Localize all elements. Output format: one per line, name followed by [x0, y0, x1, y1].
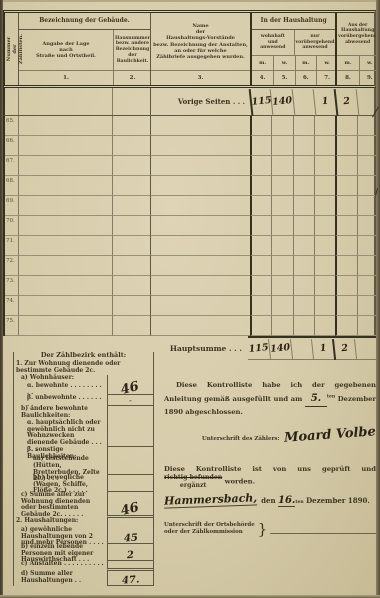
- date-rest: Dezember 1890.: [306, 496, 370, 505]
- table-cell: [271, 116, 292, 136]
- col-number-2: 2.: [113, 71, 151, 85]
- table-cell: [112, 176, 150, 196]
- table-cell: [18, 256, 112, 276]
- table-header: Laufende Nummer der Zähllisten. Bezeichn…: [3, 10, 376, 88]
- hauptsumme-value-9: [354, 337, 377, 360]
- page-edge-top: [0, 0, 380, 2]
- row-number: 70.: [5, 216, 18, 224]
- table-row: 71.: [3, 236, 376, 256]
- table-cell: [314, 216, 335, 236]
- table-row: 69.: [3, 196, 376, 216]
- table-cell: [18, 196, 112, 216]
- summary-value: 45: [123, 534, 138, 544]
- col-lage-header: Angabe der Lage nach Straße und Ortsthei…: [19, 30, 113, 71]
- hauptsumme-value-4: 115: [247, 337, 270, 360]
- table-row: 73.: [3, 276, 376, 296]
- table-cell: [250, 256, 271, 276]
- table-cell: [357, 256, 378, 276]
- table-cell: [18, 88, 112, 115]
- table-cell: [271, 256, 292, 276]
- table-cell: [335, 316, 356, 336]
- table-cell: [18, 156, 112, 176]
- group-gebaeude: Bezeichnung der Gebäude. Angabe der Lage…: [18, 13, 150, 85]
- hauptsumme-value-7: 1: [311, 337, 334, 360]
- summary-value: 47.: [122, 575, 140, 585]
- mw-header: w.: [273, 56, 294, 70]
- table-cell: [335, 196, 356, 216]
- table-cell: [150, 216, 250, 236]
- col-number-1: 1.: [19, 71, 113, 85]
- row-number: 73.: [5, 276, 18, 284]
- table-cell: [357, 216, 378, 236]
- sub-voruebergehend-header: nur vorübergehend anwesend: [294, 30, 336, 56]
- summary-value: [107, 420, 153, 447]
- district-summary: Der Zählbezirk enthält: 1. Zur Wohnung d…: [13, 352, 154, 586]
- brace-glyph: }: [258, 520, 268, 538]
- table-cell: [293, 316, 314, 336]
- table-cell: [112, 116, 150, 136]
- summary-value: 2: [127, 551, 135, 560]
- place-handwritten: Hammersbach,: [164, 491, 258, 508]
- table-cell: [335, 276, 356, 296]
- summary-label: 1. Zur Wohnung dienende oder bestimmte G…: [14, 361, 153, 375]
- summary-label: α. hauptsächlich oder gewöhnlich nicht z…: [14, 420, 107, 447]
- table-cell: [357, 156, 378, 176]
- col-hausnummer-header: Hausnummer bezw. andere Bezeichnung der …: [113, 30, 151, 71]
- table-row: 72.: [3, 256, 376, 276]
- table-cell: [335, 176, 356, 196]
- vorige-seiten-row: Vorige Seiten . . . 115 140 1 2: [3, 88, 376, 116]
- place-date-row: Hammersbach, den 16.ten Dezember 1890.: [164, 493, 376, 507]
- col-number-8: 8.: [337, 71, 358, 85]
- col-number-5: 5.: [273, 71, 294, 85]
- table-cell: [112, 196, 150, 216]
- col-number-4: 4.: [252, 71, 273, 85]
- mw-header: m.: [337, 56, 358, 70]
- table-cell: [18, 136, 112, 156]
- table-cell: [112, 216, 150, 236]
- table-row: 74.: [3, 296, 376, 316]
- table-cell: [314, 316, 335, 336]
- census-table: Laufende Nummer der Zähllisten. Bezeichn…: [3, 10, 376, 336]
- table-cell: [314, 176, 335, 196]
- summary-value: 46: [120, 503, 140, 517]
- table-cell: [112, 156, 150, 176]
- table-cell: [5, 88, 18, 115]
- table-cell: [250, 116, 271, 136]
- summary-label: aa) feststehende (Hütten, Bretterbuden, …: [14, 456, 107, 475]
- behoerde-signature-blank-line: [270, 524, 376, 534]
- checked-text-2: worden.: [225, 478, 255, 486]
- table-cell: [357, 316, 378, 336]
- table-cell: [18, 276, 112, 296]
- summary-value: [107, 447, 153, 456]
- group-in-haushaltung-label: In der Haushaltung: [252, 13, 335, 30]
- row-number: 69.: [5, 196, 18, 204]
- table-cell: [271, 156, 292, 176]
- table-cell: [335, 236, 356, 256]
- table-cell: [293, 136, 314, 156]
- table-cell: [271, 316, 292, 336]
- hauptsumme-value-8: 2: [332, 337, 355, 360]
- row-number: 66.: [5, 136, 18, 144]
- summary-label: d) Summe aller Haushaltungen . .: [14, 571, 107, 586]
- summary-value: [107, 456, 153, 475]
- table-cell: [112, 88, 150, 115]
- table-cell: [293, 296, 314, 316]
- col-name-header: Name der Haushaltungs-Vorstände bezw. Be…: [151, 13, 250, 70]
- table-cell: [250, 196, 271, 216]
- group-in-haushaltung: In der Haushaltung wohnhaft und anwesend…: [250, 13, 335, 85]
- table-cell: [314, 276, 335, 296]
- vorige-value-8: 2: [334, 87, 358, 116]
- table-cell: [271, 136, 292, 156]
- table-cell: [293, 156, 314, 176]
- row-number: 72.: [5, 256, 18, 264]
- row-number: 65.: [5, 116, 18, 124]
- table-cell: [357, 296, 378, 316]
- table-cell: [150, 296, 250, 316]
- table-cell: [112, 256, 150, 276]
- table-row: 66.: [3, 136, 376, 156]
- summary-value: –: [129, 399, 132, 405]
- table-cell: [112, 276, 150, 296]
- table-cell: [293, 176, 314, 196]
- row-number: 68.: [5, 176, 18, 184]
- table-row: 67.: [3, 156, 376, 176]
- table-cell: [314, 116, 335, 136]
- corner-label: Laufende Nummer der Zähllisten.: [0, 34, 24, 64]
- col-number-7: 7.: [316, 71, 337, 85]
- table-cell: [18, 296, 112, 316]
- struck-text: richtig befunden: [164, 474, 222, 481]
- vorige-value-5: 140: [270, 87, 294, 116]
- table-cell: [293, 116, 314, 136]
- table-cell: [271, 296, 292, 316]
- table-cell: [112, 236, 150, 256]
- table-cell: [250, 236, 271, 256]
- mw-header: m.: [252, 56, 273, 70]
- zaehler-signature-label: Unterschrift des Zählers:: [202, 436, 280, 442]
- checked-text-1: Diese Kontrolliste ist von uns geprüft u…: [164, 465, 376, 473]
- table-cell: [150, 116, 250, 136]
- date-suffix: ten: [295, 500, 303, 505]
- table-cell: [314, 296, 335, 316]
- table-cell: [271, 176, 292, 196]
- table-cell: [314, 256, 335, 276]
- hauptsumme-value-6: [290, 337, 313, 360]
- table-cell: [357, 136, 378, 156]
- vorige-value-6: [291, 87, 315, 116]
- table-cell: [335, 136, 356, 156]
- summary-label: b) einzeln lebende Personen mit eigener …: [14, 544, 107, 561]
- summary-value: [107, 561, 153, 571]
- row-number: 67.: [5, 156, 18, 164]
- table-cell: [271, 196, 292, 216]
- table-cell: [150, 316, 250, 336]
- table-cell: [271, 216, 292, 236]
- table-cell: [271, 276, 292, 296]
- table-row: 65.: [3, 116, 376, 136]
- table-cell: [18, 316, 112, 336]
- replacement-text: ergänzt: [180, 482, 206, 489]
- table-cell: [250, 296, 271, 316]
- table-cell: [335, 156, 356, 176]
- table-cell: [250, 276, 271, 296]
- correction-stack: richtig befundenergänzt: [164, 474, 222, 489]
- corner-cell: Laufende Nummer der Zähllisten.: [5, 13, 18, 85]
- summary-label: bb) bewegliche (Wagen, Schiffe, Flöße 2c…: [14, 475, 107, 492]
- table-cell: [335, 296, 356, 316]
- summary-label: c) Summe aller zur Wohnung dienenden ode…: [14, 492, 107, 518]
- table-cell: [357, 236, 378, 256]
- summary-label: a) gewöhnliche Haushaltungen von 2 und m…: [14, 527, 107, 544]
- behoerde-signature-label: Unterschrift der Ortsbehörde oder der Zä…: [164, 522, 255, 536]
- table-cell: [293, 196, 314, 216]
- declaration-block: Diese Kontrolliste habe ich der gegebene…: [164, 368, 376, 538]
- table-cell: [293, 216, 314, 236]
- table-cell: [18, 176, 112, 196]
- table-cell: [250, 136, 271, 156]
- col-name-group: Name der Haushaltungs-Vorstände bezw. Be…: [150, 13, 250, 85]
- table-cell: [250, 316, 271, 336]
- row-number: 71.: [5, 236, 18, 244]
- row-number: 75.: [5, 316, 18, 324]
- summary-value: [107, 475, 153, 492]
- checked-statement: Diese Kontrolliste ist von uns geprüft u…: [164, 464, 376, 490]
- table-cell: [250, 156, 271, 176]
- table-cell: [335, 116, 356, 136]
- table-cell: [150, 256, 250, 276]
- zaehler-signature-row: Unterschrift des Zählers: Moard Volberg: [164, 427, 376, 442]
- closing-day-handwritten: 5.: [311, 393, 321, 404]
- table-cell: [150, 196, 250, 216]
- table-cell: [250, 176, 271, 196]
- group-abwesend-label: Aus der Haushaltung vorübergehend abwese…: [337, 13, 378, 55]
- table-cell: [112, 316, 150, 336]
- group-abwesend: Aus der Haushaltung vorübergehend abwese…: [335, 13, 378, 85]
- closing-statement: Diese Kontrolliste habe ich der gegebene…: [164, 380, 376, 418]
- table-cell: [150, 276, 250, 296]
- table-cell: [335, 256, 356, 276]
- hauptsumme-value-5: 140: [268, 337, 291, 360]
- table-cell: [314, 196, 335, 216]
- table-cell: [112, 296, 150, 316]
- date-day-handwritten: 16.: [278, 495, 295, 507]
- vorige-seiten-label: Vorige Seiten . . .: [150, 88, 250, 115]
- table-cell: [18, 116, 112, 136]
- table-cell: [293, 236, 314, 256]
- table-cell: [357, 276, 378, 296]
- sub-wohnhaft-header: wohnhaft und anwesend: [252, 30, 294, 56]
- page-edge-left: [0, 0, 3, 598]
- table-cell: [150, 236, 250, 256]
- day-suffix: ten: [327, 394, 335, 399]
- table-cell: [250, 216, 271, 236]
- col-number-6: 6.: [295, 71, 316, 85]
- summary-value: [107, 518, 153, 527]
- summary-label: b) andere bewohnte Baulichkeiten:: [14, 406, 107, 420]
- table-cell: [18, 216, 112, 236]
- behoerde-signature-row: Unterschrift der Ortsbehörde oder der Zä…: [164, 520, 376, 538]
- table-cell: [150, 176, 250, 196]
- table-row: 68.: [3, 176, 376, 196]
- table-cell: [357, 116, 378, 136]
- zaehler-signature: Moard Volberg: [283, 423, 380, 445]
- table-cell: [314, 136, 335, 156]
- table-cell: [314, 236, 335, 256]
- row-number: 74.: [5, 296, 18, 304]
- table-row: 75.: [3, 316, 376, 336]
- table-cell: [314, 156, 335, 176]
- mw-header: w.: [316, 56, 337, 70]
- mw-header: m.: [295, 56, 316, 70]
- table-row: 70.: [3, 216, 376, 236]
- page-edge-right: [376, 0, 380, 598]
- scanned-census-form: Laufende Nummer der Zähllisten. Bezeichn…: [0, 0, 380, 598]
- table-cell: [293, 256, 314, 276]
- table-cell: [271, 236, 292, 256]
- table-cell: [150, 156, 250, 176]
- table-cell: [112, 136, 150, 156]
- table-cell: [357, 196, 378, 216]
- col-number-3: 3.: [151, 71, 250, 85]
- group-gebaeude-label: Bezeichnung der Gebäude.: [19, 13, 150, 30]
- summary-value: 46: [120, 382, 140, 396]
- table-cell: [18, 236, 112, 256]
- table-cell: [335, 216, 356, 236]
- summary-value: [107, 406, 153, 420]
- table-cell: [150, 136, 250, 156]
- date-prefix: den: [261, 496, 275, 505]
- table-cell: [293, 276, 314, 296]
